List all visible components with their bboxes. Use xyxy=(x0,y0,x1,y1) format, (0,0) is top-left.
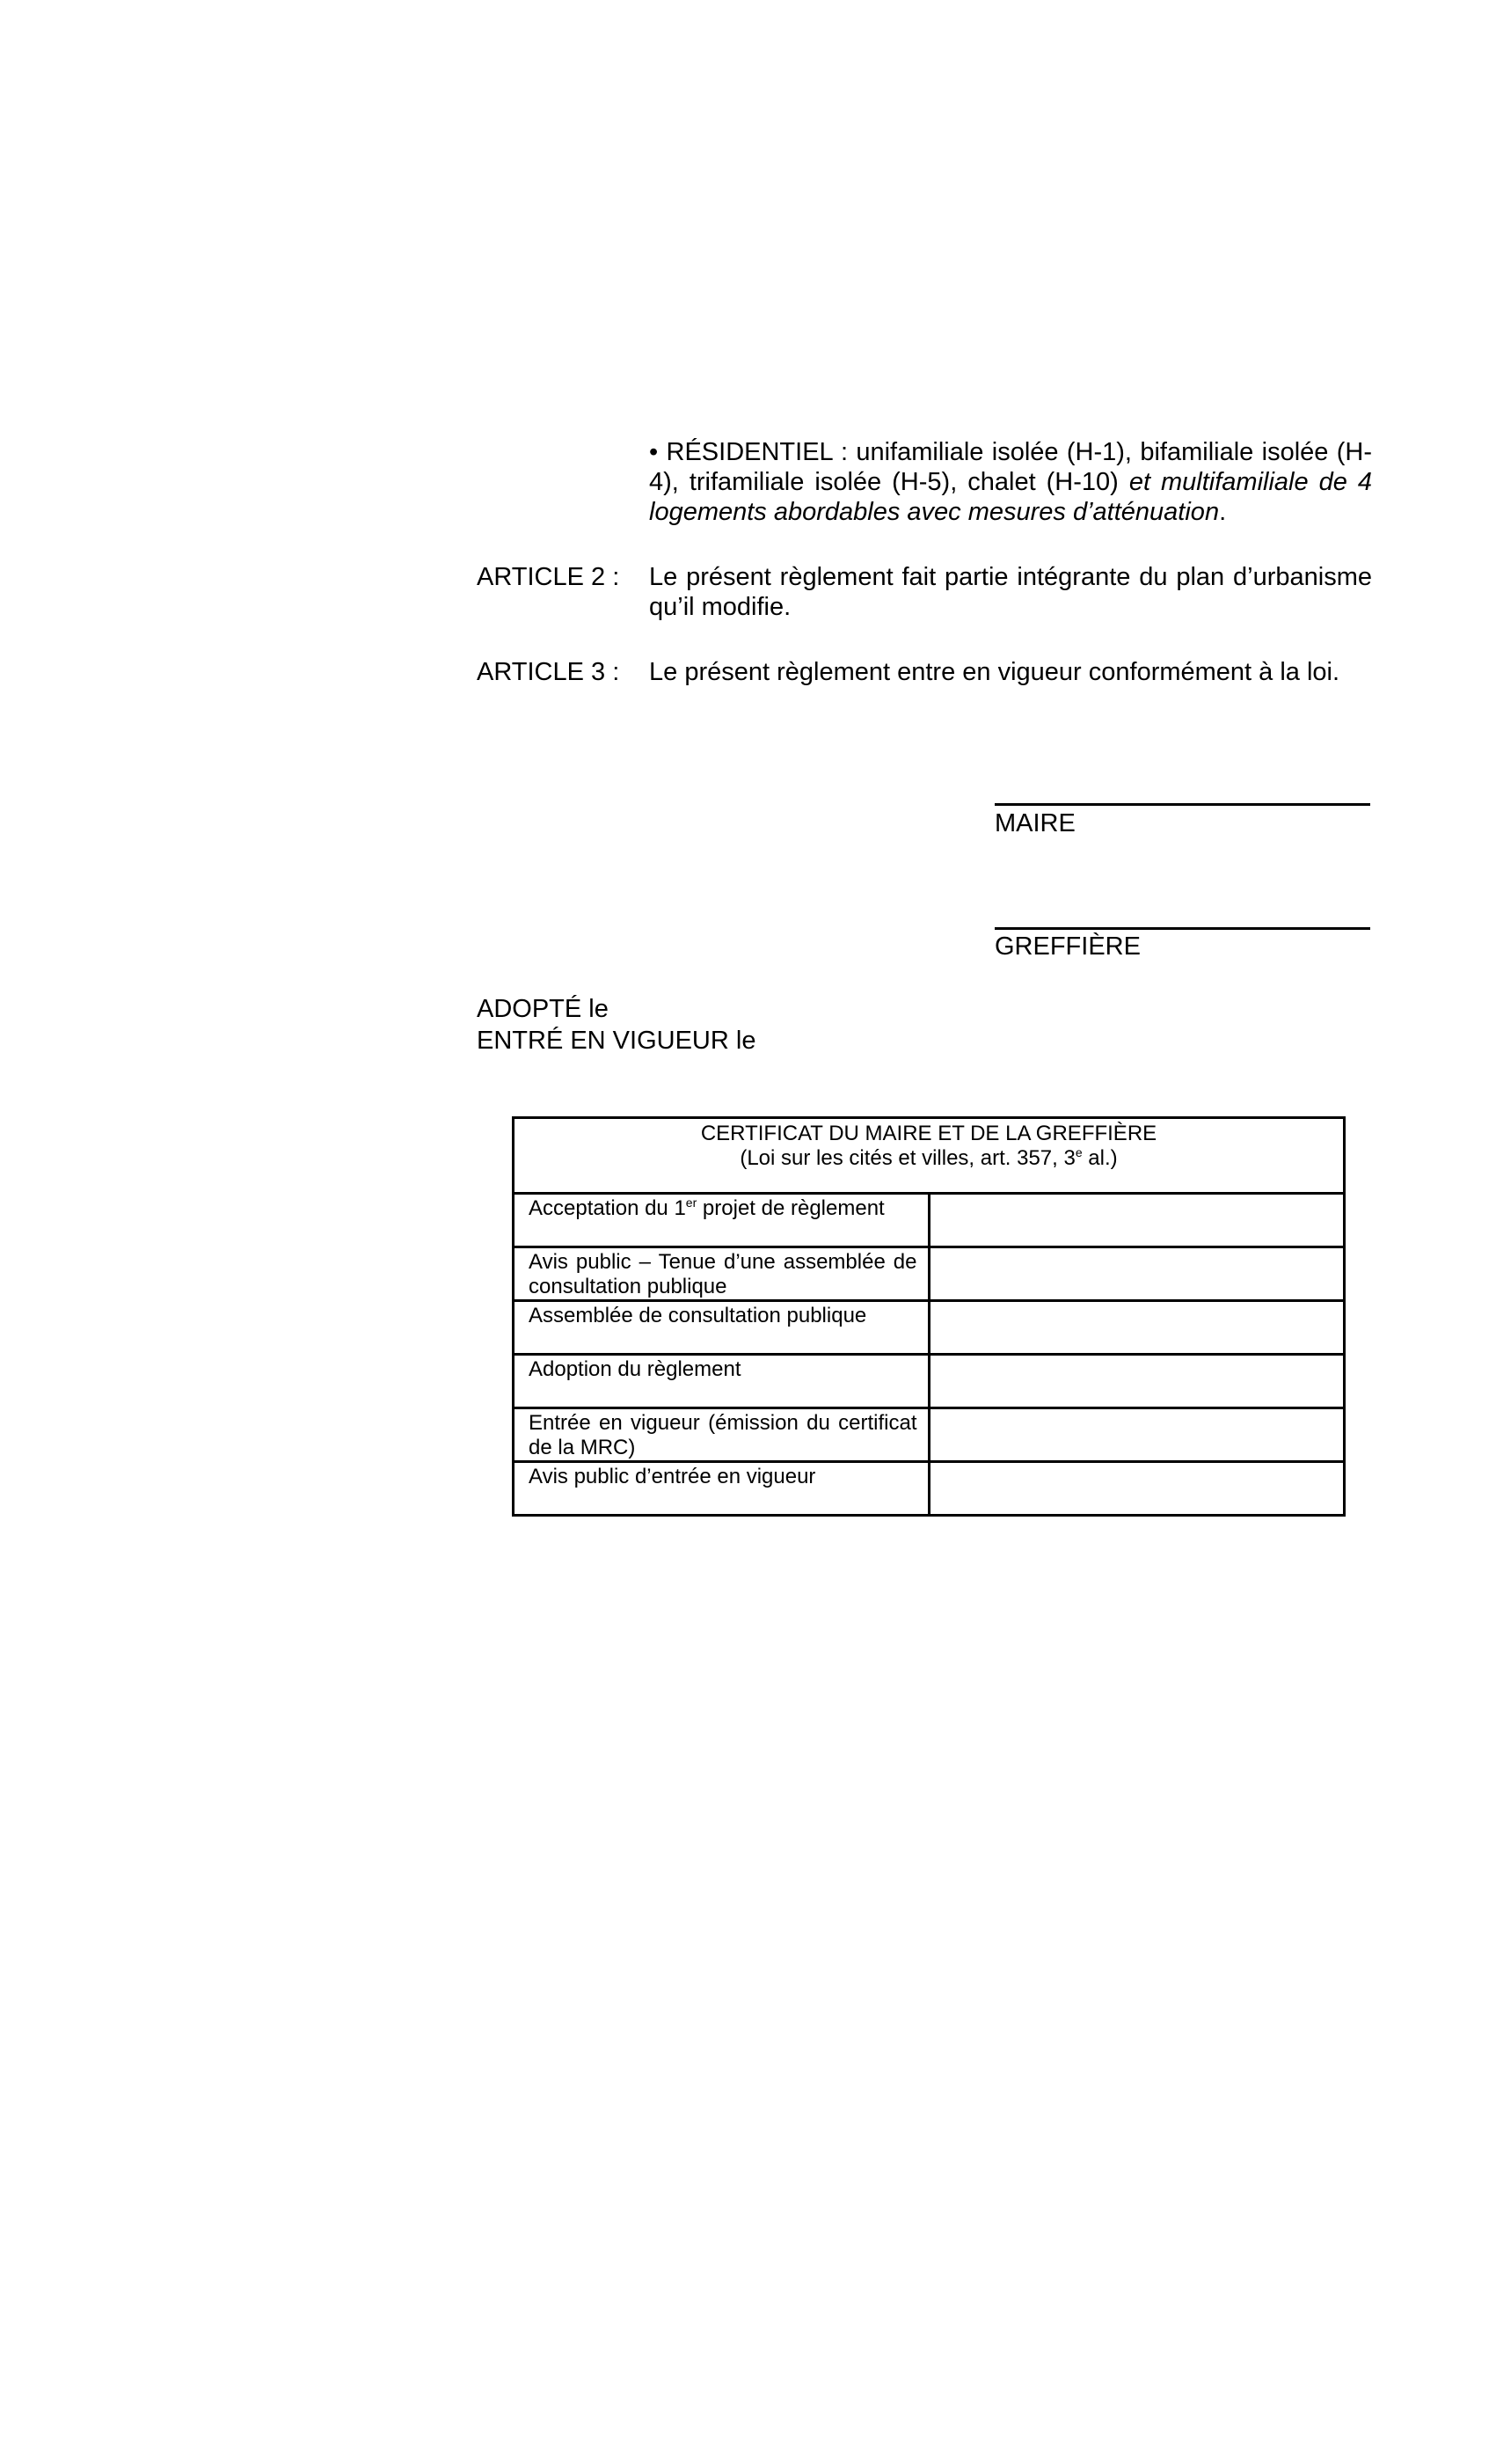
task-label: Assemblée de consultation publique xyxy=(529,1304,866,1327)
task-cell: Acceptation du 1er projet de règlement xyxy=(514,1194,930,1247)
date-cell xyxy=(929,1355,1345,1408)
date-cell xyxy=(929,1247,1345,1301)
task-cell: Avis public d’entrée en vigueur xyxy=(514,1462,930,1516)
subtitle-superscript: e xyxy=(1076,1145,1083,1159)
task-cell: Assemblée de consultation publique xyxy=(514,1301,930,1355)
table-row: Assemblée de consultation publique xyxy=(514,1301,1345,1355)
task-label: Acceptation du 1 xyxy=(529,1196,686,1220)
mayor-signature-label: MAIRE xyxy=(995,808,1076,838)
task-superscript: er xyxy=(686,1195,697,1210)
task-label: Entrée en vigueur (émission du certifica… xyxy=(529,1411,917,1459)
task-cell: Entrée en vigueur (émission du certifica… xyxy=(514,1408,930,1462)
task-cell: Adoption du règlement xyxy=(514,1355,930,1408)
task-label-end: projet de règlement xyxy=(697,1196,884,1220)
certificate-header: CERTIFICAT DU MAIRE ET DE LA GREFFIÈRE (… xyxy=(514,1118,1345,1194)
table-row: Adoption du règlement xyxy=(514,1355,1345,1408)
clerk-signature-line xyxy=(995,927,1370,930)
clerk-signature-label: GREFFIÈRE xyxy=(995,932,1141,961)
bullet-icon: • xyxy=(649,438,658,466)
in-force-date-label: ENTRÉ EN VIGUEUR le xyxy=(477,1026,755,1056)
category-separator: : xyxy=(833,438,857,466)
table-row: Entrée en vigueur (émission du certifica… xyxy=(514,1408,1345,1462)
date-cell xyxy=(929,1462,1345,1516)
mayor-signature-line xyxy=(995,803,1370,806)
task-label: Avis public d’entrée en vigueur xyxy=(529,1465,815,1488)
certificate-table: CERTIFICAT DU MAIRE ET DE LA GREFFIÈRE (… xyxy=(512,1116,1346,1517)
article-2-label: ARTICLE 2 : xyxy=(477,562,619,592)
date-cell xyxy=(929,1408,1345,1462)
table-row: Avis public – Tenue d’une assemblée de c… xyxy=(514,1247,1345,1301)
certificate-subtitle: (Loi sur les cités et villes, art. 357, … xyxy=(514,1146,1343,1171)
date-cell xyxy=(929,1194,1345,1247)
certificate-header-row: CERTIFICAT DU MAIRE ET DE LA GREFFIÈRE (… xyxy=(514,1118,1345,1194)
article-2-text: Le présent règlement fait partie intégra… xyxy=(649,562,1372,622)
task-label: Adoption du règlement xyxy=(529,1357,741,1381)
task-label: Avis public – Tenue d’une assemblée de c… xyxy=(529,1250,917,1298)
adopted-date-label: ADOPTÉ le xyxy=(477,994,609,1024)
residential-usage-paragraph: • RÉSIDENTIEL : unifamiliale isolée (H-1… xyxy=(649,437,1372,527)
paragraph-end: . xyxy=(1219,498,1226,526)
article-3-text: Le présent règlement entre en vigueur co… xyxy=(649,657,1372,687)
table-row: Avis public d’entrée en vigueur xyxy=(514,1462,1345,1516)
subtitle-text: (Loi sur les cités et villes, art. 357, … xyxy=(740,1146,1076,1170)
article-3-label: ARTICLE 3 : xyxy=(477,657,619,687)
subtitle-text-end: al.) xyxy=(1083,1146,1118,1170)
table-row: Acceptation du 1er projet de règlement xyxy=(514,1194,1345,1247)
certificate-title: CERTIFICAT DU MAIRE ET DE LA GREFFIÈRE xyxy=(514,1122,1343,1146)
task-cell: Avis public – Tenue d’une assemblée de c… xyxy=(514,1247,930,1301)
usage-category: RÉSIDENTIEL xyxy=(667,438,833,466)
date-cell xyxy=(929,1301,1345,1355)
